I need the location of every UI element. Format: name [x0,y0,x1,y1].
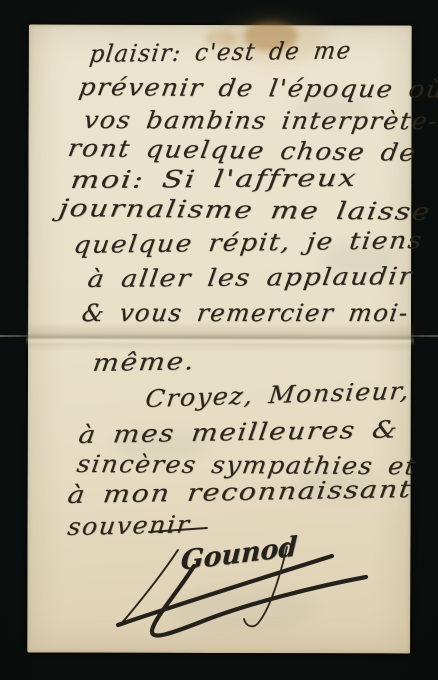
handwriting-line: plaisir: c'est de me [88,36,353,68]
handwriting-line: à mon reconnaissant [66,475,414,509]
handwriting-line: journalisme me laisse [57,194,433,226]
handwriting-line: ront quelque chose de [66,134,419,167]
signature: Gounod [180,531,298,577]
handwriting-line: même. [91,347,197,377]
handwriting-line: souvenir [66,510,192,541]
handwriting-line: & vous remercier moi- [80,299,411,327]
handwriting-line: Croyez, Monsieur, [144,377,412,413]
handwriting-line: prévenir de l'époque où [77,73,438,104]
letter-photograph: plaisir: c'est de me prévenir de l'époqu… [0,0,438,680]
handwriting-layer: plaisir: c'est de me prévenir de l'époqu… [0,0,438,680]
handwriting-line: à mes meilleures & [77,415,400,449]
handwriting-line: vos bambins interprète- [82,106,438,135]
handwriting-line: moi: Si l'affreux [69,164,359,194]
handwriting-line: à aller les applaudir [86,262,415,293]
handwriting-line: quelque répit, je tiens [72,226,425,259]
